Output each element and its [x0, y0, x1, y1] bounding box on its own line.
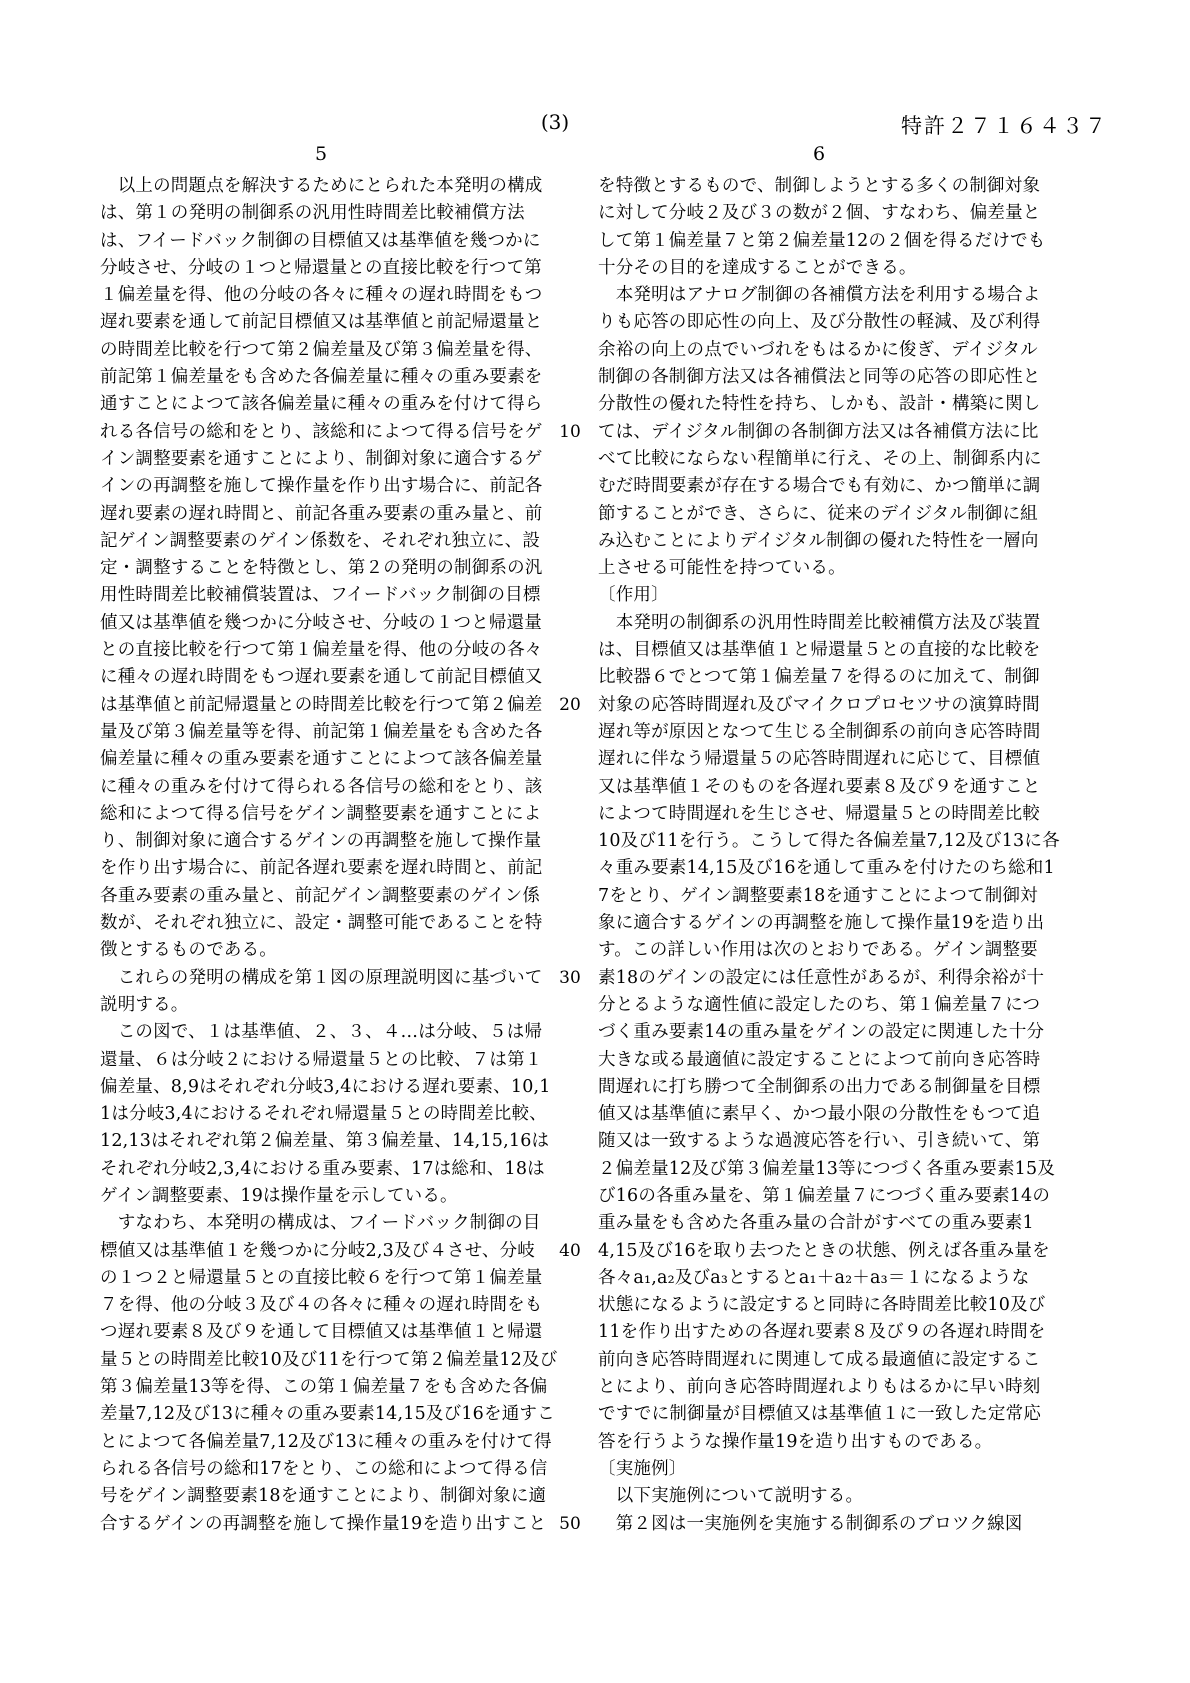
margin-line-numbers: 1020304050 [542, 173, 598, 1553]
text-line: 第３偏差量13等を得、この第１偏差量７をも含めた各偏 [100, 1374, 552, 1401]
text-line: 比較器６でとつて第１偏差量７を得るのに加えて、制御 [598, 664, 1050, 691]
margin-line-number: 10 [542, 419, 598, 446]
text-line: 以上の問題点を解決するためにとられた本発明の構成 [100, 173, 552, 200]
text-line: との直接比較を行つて第１偏差量を得、他の分岐の各々 [100, 637, 552, 664]
text-line: 遅れに伴なう帰還量５の応答時間遅れに応じて、目標値 [598, 746, 1050, 773]
text-line: 〔作用〕 [598, 582, 1050, 609]
text-line: 偏差量、8,9はそれぞれ分岐3,4における遅れ要素、10,1 [100, 1074, 552, 1101]
text-line: び16の各重み量を、第１偏差量７につづく重み要素14の [598, 1183, 1050, 1210]
text-line: とにより、前向き応答時間遅れよりもはるかに早い時刻 [598, 1374, 1050, 1401]
text-line: 素18のゲインの設定には任意性があるが、利得余裕が十 [598, 965, 1050, 992]
text-line: 数が、それぞれ独立に、設定・調整可能であることを特 [100, 910, 552, 937]
text-line: 偏差量に種々の重み要素を通すことによつて該各偏差量 [100, 746, 552, 773]
text-line: 定・調整することを特徴とし、第２の発明の制御系の汎 [100, 555, 552, 582]
text-line: 余裕の向上の点でいづれをもはるかに俊ぎ、デイジタル [598, 337, 1050, 364]
text-line: 本発明の制御系の汎用性時間差比較補償方法及び装置 [598, 610, 1050, 637]
text-line: 合するゲインの再調整を施して操作量19を造り出すこと [100, 1511, 552, 1538]
text-line: 制御の各制御方法又は各補償法と同等の応答の即応性と [598, 364, 1050, 391]
text-line: 差量7,12及び13に種々の重み要素14,15及び16を通すこ [100, 1401, 552, 1428]
patent-number: 特許２７１６４３７ [901, 110, 1108, 140]
text-line: 値又は基準値に素早く、かつ最小限の分散性をもつて追 [598, 1101, 1050, 1128]
text-line: 12,13はそれぞれ第２偏差量、第３偏差量、14,15,16は [100, 1128, 552, 1155]
text-line: 重み量をも含めた各重み量の合計がすべての重み要素1 [598, 1210, 1050, 1237]
text-line: 々重み要素14,15及び16を通して重みを付けたのち総和1 [598, 855, 1050, 882]
text-line: １偏差量を得、他の分岐の各々に種々の遅れ時間をもつ [100, 282, 552, 309]
text-line: イン調整要素を通すことにより、制御対象に適合するゲ [100, 446, 552, 473]
text-line: は、第１の発明の制御系の汎用性時間差比較補償方法 [100, 200, 552, 227]
text-line: の１つ２と帰還量５との直接比較６を行つて第１偏差量 [100, 1265, 552, 1292]
text-line: ７を得、他の分岐３及び４の各々に種々の遅れ時間をも [100, 1292, 552, 1319]
text-line: 十分その目的を達成することができる。 [598, 255, 1050, 282]
text-line: インの再調整を施して操作量を作り出す場合に、前記各 [100, 473, 552, 500]
margin-line-number: 40 [542, 1238, 598, 1265]
margin-line-number: 50 [542, 1511, 598, 1538]
text-line: 通すことによつて該各偏差量に種々の重みを付けて得ら [100, 391, 552, 418]
text-line: それぞれ分岐2,3,4における重み要素、17は総和、18は [100, 1156, 552, 1183]
text-line: これらの発明の構成を第１図の原理説明図に基づいて [100, 965, 552, 992]
text-line: 記ゲイン調整要素のゲイン係数を、それぞれ独立に、設 [100, 528, 552, 555]
text-line: 〔実施例〕 [598, 1456, 1050, 1483]
text-line: 前向き応答時間遅れに関連して成る最適値に設定するこ [598, 1347, 1050, 1374]
text-line: とによつて各偏差量7,12及び13に種々の重みを付けて得 [100, 1429, 552, 1456]
text-line: 第２図は一実施例を実施する制御系のブロツク線図 [598, 1511, 1050, 1538]
text-line: 象に適合するゲインの再調整を施して操作量19を造り出 [598, 910, 1050, 937]
text-line: 遅れ要素を通して前記目標値又は基準値と前記帰還量と [100, 309, 552, 336]
text-line: 10及び11を行う。こうして得た各偏差量7,12及び13に各 [598, 828, 1050, 855]
text-line: の時間差比較を行つて第２偏差量及び第３偏差量を得、 [100, 337, 552, 364]
text-line: ２偏差量12及び第３偏差量13等につづく各重み要素15及 [598, 1156, 1050, 1183]
text-line: べて比較にならない程簡単に行え、その上、制御系内に [598, 446, 1050, 473]
text-body: 以上の問題点を解決するためにとられた本発明の構成は、第１の発明の制御系の汎用性時… [100, 173, 1090, 1553]
text-line: りも応答の即応性の向上、及び分散性の軽減、及び利得 [598, 309, 1050, 336]
patent-document-page: (3) 特許２７１６４３７ 5 6 以上の問題点を解決するためにとられた本発明の… [0, 0, 1190, 1683]
text-line: を特徴とするもので、制御しようとする多くの制御対象 [598, 173, 1050, 200]
text-line: 分散性の優れた特性を持ち、しかも、設計・構築に関し [598, 391, 1050, 418]
text-line: 1は分岐3,4におけるそれぞれ帰還量５との時間差比較、 [100, 1101, 552, 1128]
text-line: 本発明はアナログ制御の各補償方法を利用する場合よ [598, 282, 1050, 309]
text-line: 答を行うような操作量19を造り出すものである。 [598, 1429, 1050, 1456]
text-line: すなわち、本発明の構成は、フイードバック制御の目 [100, 1210, 552, 1237]
text-line: 量及び第３偏差量等を得、前記第１偏差量をも含めた各 [100, 719, 552, 746]
text-line: り、制御対象に適合するゲインの再調整を施して操作量 [100, 828, 552, 855]
text-line: 随又は一致するような過渡応答を行い、引き続いて、第 [598, 1128, 1050, 1155]
text-line: 値又は基準値を幾つかに分岐させ、分岐の１つと帰還量 [100, 610, 552, 637]
text-line: 遅れ要素の遅れ時間と、前記各重み要素の重み量と、前 [100, 501, 552, 528]
text-line: 7をとり、ゲイン調整要素18を通すことによつて制御対 [598, 883, 1050, 910]
left-column: 以上の問題点を解決するためにとられた本発明の構成は、第１の発明の制御系の汎用性時… [100, 173, 552, 1538]
text-line: ですでに制御量が目標値又は基準値１に一致した定常応 [598, 1401, 1050, 1428]
text-line: は基準値と前記帰還量との時間差比較を行つて第２偏差 [100, 692, 552, 719]
column-number-right: 6 [598, 143, 1040, 165]
text-line: 各々a₁,a₂及びa₃とするとa₁＋a₂＋a₃＝１になるような [598, 1265, 1050, 1292]
text-line: 以下実施例について説明する。 [598, 1483, 1050, 1510]
text-line: づく重み要素14の重み量をゲインの設定に関連した十分 [598, 1019, 1050, 1046]
text-line: 還量、６は分岐２における帰還量５との比較、７は第１ [100, 1047, 552, 1074]
text-line: 間遅れに打ち勝つて全制御系の出力である制御量を目標 [598, 1074, 1050, 1101]
text-line: ては、デイジタル制御の各制御方法又は各補償方法に比 [598, 419, 1050, 446]
text-line: 大きな或る最適値に設定することによつて前向き応答時 [598, 1047, 1050, 1074]
text-line: 4,15及び16を取り去つたときの状態、例えば各重み量を [598, 1238, 1050, 1265]
text-line: 上させる可能性を持つている。 [598, 555, 1050, 582]
text-line: 量５との時間差比較10及び11を行つて第２偏差量12及び [100, 1347, 552, 1374]
text-line: 各重み要素の重み量と、前記ゲイン調整要素のゲイン係 [100, 883, 552, 910]
text-line: れる各信号の総和をとり、該総和によつて得る信号をゲ [100, 419, 552, 446]
text-line: 徴とするものである。 [100, 937, 552, 964]
text-line: に種々の遅れ時間をもつ遅れ要素を通して前記目標値又 [100, 664, 552, 691]
text-line: によつて時間遅れを生じさせ、帰還量５との時間差比較 [598, 801, 1050, 828]
text-line: 標値又は基準値１を幾つかに分岐2,3及び４させ、分岐 [100, 1238, 552, 1265]
text-line: 号をゲイン調整要素18を通すことにより、制御対象に適 [100, 1483, 552, 1510]
text-line: 総和によつて得る信号をゲイン調整要素を通すことによ [100, 801, 552, 828]
text-line: を作り出す場合に、前記各遅れ要素を遅れ時間と、前記 [100, 855, 552, 882]
text-line: 又は基準値１そのものを各遅れ要素８及び９を通すこと [598, 774, 1050, 801]
text-line: 節することができ、さらに、従来のデイジタル制御に組 [598, 501, 1050, 528]
text-line: 分岐させ、分岐の１つと帰還量との直接比較を行つて第 [100, 255, 552, 282]
text-line: 対象の応答時間遅れ及びマイクロプロセツサの演算時間 [598, 692, 1050, 719]
column-number-left: 5 [100, 143, 542, 165]
text-line: に対して分岐２及び３の数が２個、すなわち、偏差量と [598, 200, 1050, 227]
text-line: つ遅れ要素８及び９を通して目標値又は基準値１と帰還 [100, 1319, 552, 1346]
text-line: ゲイン調整要素、19は操作量を示している。 [100, 1183, 552, 1210]
text-line: 遅れ等が原因となつて生じる全制御系の前向き応答時間 [598, 719, 1050, 746]
text-line: す。この詳しい作用は次のとおりである。ゲイン調整要 [598, 937, 1050, 964]
text-line: は、フイードバック制御の目標値又は基準値を幾つかに [100, 228, 552, 255]
text-line: に種々の重みを付けて得られる各信号の総和をとり、該 [100, 774, 552, 801]
text-line: 分とるような適性値に設定したのち、第１偏差量７につ [598, 992, 1050, 1019]
text-line: み込むことによりデイジタル制御の優れた特性を一層向 [598, 528, 1050, 555]
text-line: この図で、１は基準値、２、３、４…は分岐、５は帰 [100, 1019, 552, 1046]
text-line: 前記第１偏差量をも含めた各偏差量に種々の重み要素を [100, 364, 552, 391]
text-line: して第１偏差量７と第２偏差量12の２個を得るだけでも [598, 228, 1050, 255]
text-line: 11を作り出すための各遅れ要素８及び９の各遅れ時間を [598, 1319, 1050, 1346]
text-line: 用性時間差比較補償装置は、フイードバック制御の目標 [100, 582, 552, 609]
text-line: 状態になるように設定すると同時に各時間差比較10及び [598, 1292, 1050, 1319]
text-line: は、目標値又は基準値１と帰還量５との直接的な比較を [598, 637, 1050, 664]
text-line: られる各信号の総和17をとり、この総和によつて得る信 [100, 1456, 552, 1483]
right-column: を特徴とするもので、制御しようとする多くの制御対象に対して分岐２及び３の数が２個… [598, 173, 1050, 1538]
margin-line-number: 20 [542, 692, 598, 719]
text-line: むだ時間要素が存在する場合でも有効に、かつ簡単に調 [598, 473, 1050, 500]
text-line: 説明する。 [100, 992, 552, 1019]
margin-line-number: 30 [542, 965, 598, 992]
